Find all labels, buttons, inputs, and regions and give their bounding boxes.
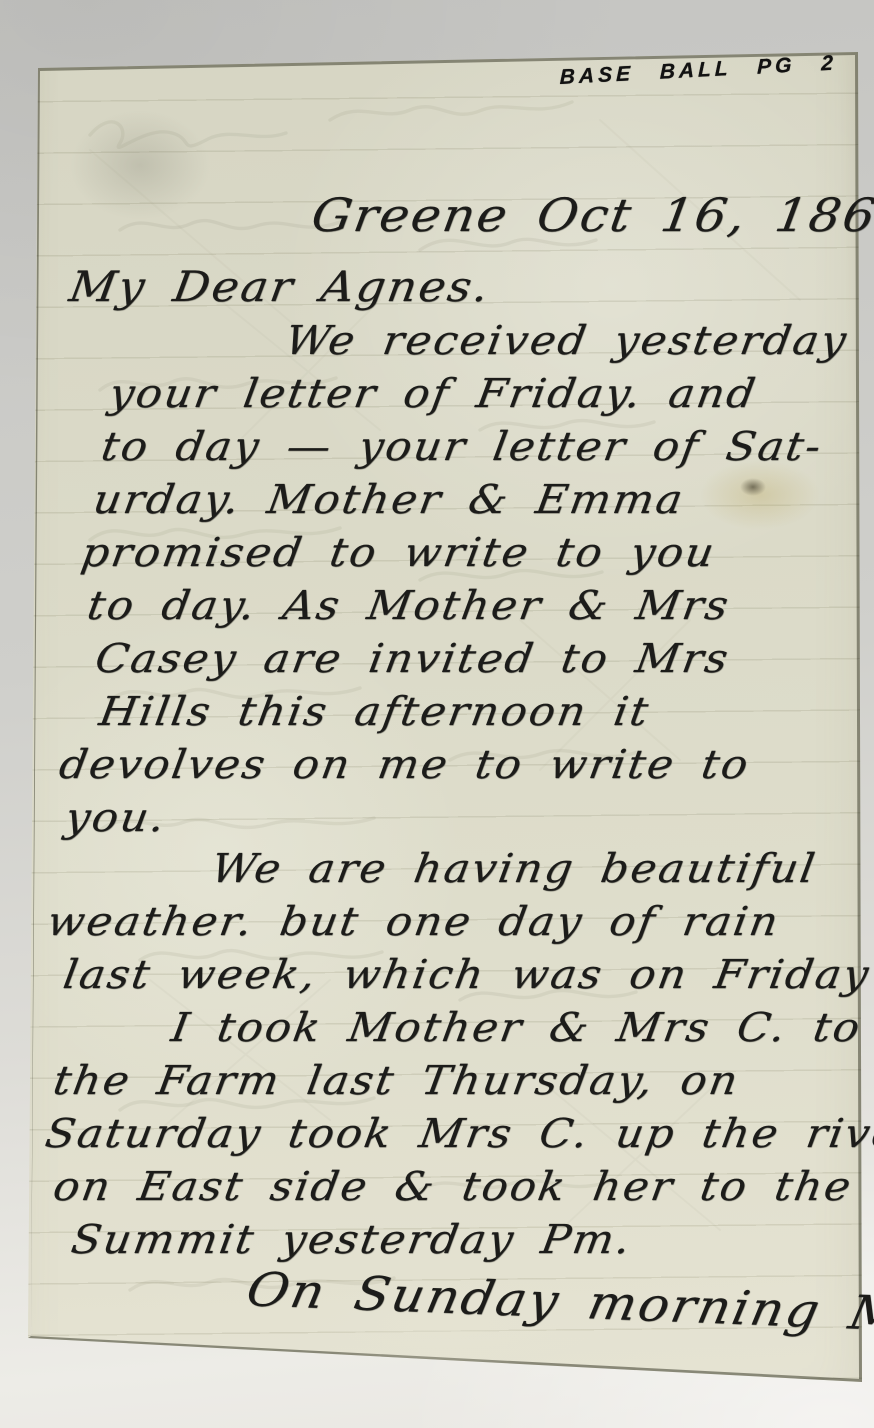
letter-line: you. <box>62 795 170 841</box>
letter-line: urday. Mother & Emma <box>90 477 688 523</box>
letter-line: Saturday took Mrs C. up the river <box>42 1111 874 1157</box>
letter-text: Greene Oct 16, 1866. My Dear Agnes. We r… <box>0 0 874 1428</box>
letter-dateline: Greene Oct 16, 1866. <box>308 188 874 242</box>
letter-line: We are having beautiful <box>208 846 820 892</box>
letter-line: promised to write to you <box>78 530 719 576</box>
letter-line: on East side & took her to the <box>50 1164 856 1210</box>
letter-line: We received yesterday <box>282 318 851 364</box>
letter-line: last week, which was on Friday <box>60 952 873 998</box>
letter-line: Casey are invited to Mrs <box>92 636 733 682</box>
letter-line: to day — your letter of Sat- <box>98 424 826 470</box>
letter-line: your letter of Friday. and <box>106 371 760 417</box>
letter-line: Summit yesterday Pm. <box>68 1217 635 1263</box>
letter-line: weather. but one day of rain <box>44 899 783 945</box>
letter-line: to day. As Mother & Mrs <box>84 583 733 629</box>
letter-line: I took Mother & Mrs C. to <box>168 1005 865 1051</box>
letter-salutation: My Dear Agnes. <box>66 262 494 311</box>
letter-line: devolves on me to write to <box>56 742 753 788</box>
letter-line: Hills this afternoon it <box>96 689 653 735</box>
letter-line: On Sunday morning Mr <box>242 1262 874 1343</box>
letter-line: the Farm last Thursday, on <box>50 1058 743 1104</box>
letter-photo: BASE BALL PG 2 Greene Oct 16, 1866. My D… <box>0 0 874 1428</box>
